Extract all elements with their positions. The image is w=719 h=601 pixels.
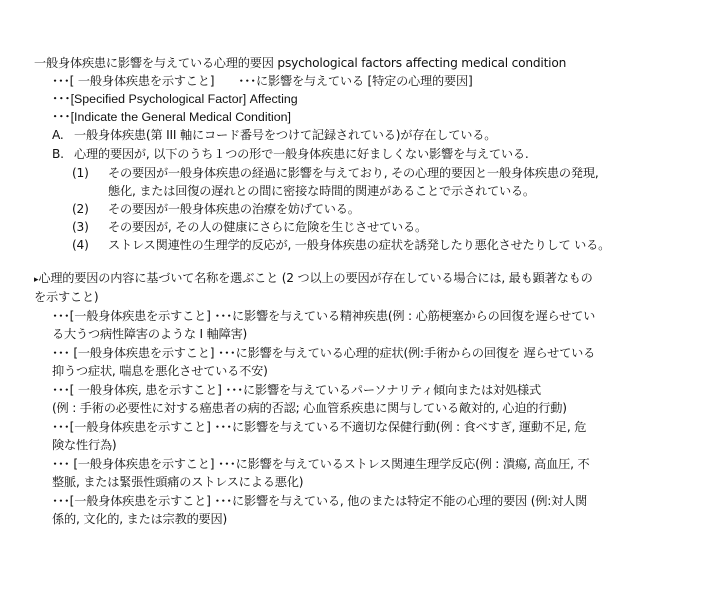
criterion-label: A. bbox=[52, 127, 74, 143]
document-page: 一般身体疾患に影響を与えている心理的要因 psychological facto… bbox=[0, 0, 719, 601]
sub-item-2: (2)その要因が一般身体疾患の治療を妨げている。 bbox=[72, 201, 360, 217]
subtype-1-cont: る大うつ病性障害のような I 軸障害) bbox=[52, 326, 247, 342]
subtype-4: ･･･[一般身体疾患を示すこと] ･･･に影響を与えている不適切な保健行動(例 … bbox=[52, 419, 586, 435]
sub-item-1: (1)その要因が一般身体疾患の経過に影響を与えており, その心理的要因と一般身体… bbox=[72, 165, 599, 181]
subtype-3: ･･･[ 一般身体疾, 患を示すこと] ･･･に影響を与えているパーソナリティ傾… bbox=[52, 382, 541, 398]
sub-item-label: (4) bbox=[72, 237, 108, 253]
sub-item-4: (4)ストレス関連性の生理学的反応が, 一般身体疾患の症状を誘発したり悪化させた… bbox=[72, 237, 610, 253]
sub-item-text: その要因が, その人の健康にさらに危険を生じさせている。 bbox=[108, 220, 427, 234]
subtype-6-cont: 係的, 文化的, または宗教的要因) bbox=[52, 511, 227, 527]
sub-item-3: (3)その要因が, その人の健康にさらに危険を生じさせている。 bbox=[72, 219, 427, 235]
subtype-2: ･･･ [一般身体疾患を示すこと] ･･･に影響を与えている心理的症状(例:手術… bbox=[52, 345, 595, 361]
subtype-5-cont: 整脈, または緊張性頭痛のストレスによる悪化) bbox=[52, 474, 303, 490]
sub-item-text: ストレス関連性の生理学的反応が, 一般身体疾患の症状を誘発したり悪化させたりして… bbox=[108, 238, 610, 252]
document-title: 一般身体疾患に影響を与えている心理的要因 psychological facto… bbox=[34, 55, 566, 71]
criterion-a: A.一般身体疾患(第 III 軸にコード番号をつけて記録されている)が存在してい… bbox=[52, 127, 496, 143]
subtype-2-cont: 抑うつ症状, 喘息を悪化させている不安) bbox=[52, 363, 268, 379]
subtype-1: ･･･[一般身体疾患を示すこと] ･･･に影響を与えている精神疾患(例 : 心筋… bbox=[52, 308, 595, 324]
criterion-b: B.心理的要因が, 以下のうち１つの形で一般身体疾患に好ましくない影響を与えてい… bbox=[52, 146, 529, 162]
sub-item-label: (3) bbox=[72, 219, 108, 235]
selection-note: ▸心理的要因の内容に基づいて名称を選ぶこと (2 つ以上の要因が存在している場合… bbox=[34, 270, 593, 288]
subtype-4-cont: 険な性行為) bbox=[52, 437, 117, 453]
header-line-en-1: ･･･[Specified Psychological Factor] Affe… bbox=[52, 91, 298, 107]
sub-item-label: (2) bbox=[72, 201, 108, 217]
selection-note-text: 心理的要因の内容に基づいて名称を選ぶこと (2 つ以上の要因が存在している場合に… bbox=[38, 271, 592, 285]
criterion-text: 心理的要因が, 以下のうち１つの形で一般身体疾患に好ましくない影響を与えている. bbox=[74, 147, 529, 161]
criterion-label: B. bbox=[52, 146, 74, 162]
selection-note-cont: を示すこと) bbox=[34, 289, 99, 305]
subtype-5: ･･･ [一般身体疾患を示すこと] ･･･に影響を与えているストレス関連生理学反… bbox=[52, 456, 589, 472]
subtype-3-cont: (例 : 手術の必要性に対する癌患者の病的否認; 心血管系疾患に関与している敵対… bbox=[52, 400, 567, 416]
sub-item-1-cont: 態化, または回復の遅れとの間に密接な時間的関連があることで示されている。 bbox=[108, 183, 535, 199]
header-line-en-2: ･･･[Indicate the General Medical Conditi… bbox=[52, 109, 291, 125]
header-line-jp: ･･･[ 一般身体疾患を示すこと] ･･･に影響を与えている [特定の心理的要因… bbox=[52, 73, 473, 89]
sub-item-label: (1) bbox=[72, 165, 108, 181]
sub-item-text: その要因が一般身体疾患の経過に影響を与えており, その心理的要因と一般身体疾患の… bbox=[108, 166, 599, 180]
subtype-6: ･･･[一般身体疾患を示すこと] ･･･に影響を与えている, 他のまたは特定不能… bbox=[52, 493, 587, 509]
sub-item-text: その要因が一般身体疾患の治療を妨げている。 bbox=[108, 202, 360, 216]
criterion-text: 一般身体疾患(第 III 軸にコード番号をつけて記録されている)が存在している。 bbox=[74, 128, 496, 142]
